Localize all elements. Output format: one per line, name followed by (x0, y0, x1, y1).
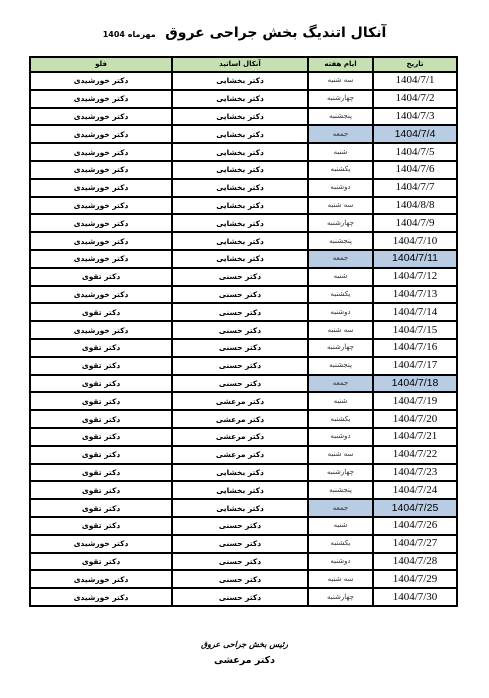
cell-attending: دکتر حسنی (172, 286, 308, 304)
cell-attending: دکتر حسنی (172, 517, 308, 535)
cell-day: جمعه (308, 375, 373, 393)
cell-attending: دکتر حسنی (172, 535, 308, 553)
cell-date: 1404/7/16 (373, 339, 457, 357)
cell-attending: دکتر مرعشی (172, 428, 308, 446)
cell-fellow: دکتر تقوی (30, 517, 172, 535)
cell-day: پنجشنبه (308, 357, 373, 375)
cell-date: 1404/7/5 (373, 143, 457, 161)
cell-date: 1404/7/10 (373, 232, 457, 250)
cell-date: 1404/7/9 (373, 214, 457, 232)
cell-attending: دکتر حسنی (172, 588, 308, 606)
cell-attending: دکتر حسنی (172, 339, 308, 357)
table-row: 1404/7/29سه شنبهدکتر حسنیدکتر خورشیدی (30, 570, 457, 588)
cell-attending: دکتر بخشایی (172, 197, 308, 215)
cell-date: 1404/7/20 (373, 410, 457, 428)
table-row: 1404/7/20یکشنبهدکتر مرعشیدکتر تقوی (30, 410, 457, 428)
cell-day: پنجشنبه (308, 481, 373, 499)
cell-date: 1404/7/28 (373, 553, 457, 571)
cell-date: 1404/7/24 (373, 481, 457, 499)
cell-day: چهارشنبه (308, 464, 373, 482)
table-header-row: تاریخ ایام هفته آنکال اساتید فلو (30, 57, 457, 72)
cell-fellow: دکتر خورشیدی (30, 214, 172, 232)
cell-fellow: دکتر خورشیدی (30, 125, 172, 143)
table-row: 1404/7/25جمعهدکتر بخشاییدکتر تقوی (30, 499, 457, 517)
cell-date: 1404/7/27 (373, 535, 457, 553)
cell-date: 1404/7/6 (373, 161, 457, 179)
table-row: 1404/7/13یکشنبهدکتر حسنیدکتر خورشیدی (30, 286, 457, 304)
cell-fellow: دکتر خورشیدی (30, 90, 172, 108)
cell-day: دوشنبه (308, 179, 373, 197)
cell-fellow: دکتر تقوی (30, 446, 172, 464)
cell-day: چهارشنبه (308, 214, 373, 232)
cell-fellow: دکتر خورشیدی (30, 535, 172, 553)
table-row: 1404/7/16چهارشنبهدکتر حسنیدکتر تقوی (30, 339, 457, 357)
cell-attending: دکتر مرعشی (172, 392, 308, 410)
cell-fellow: دکتر تقوی (30, 428, 172, 446)
cell-day: شنبه (308, 517, 373, 535)
title-main: آنکال اتندیگ بخش جراحی عروق (165, 25, 386, 41)
cell-attending: دکتر بخشایی (172, 214, 308, 232)
cell-fellow: دکتر خورشیدی (30, 72, 172, 90)
table-row: 1404/7/5شنبهدکتر بخشاییدکتر خورشیدی (30, 143, 457, 161)
cell-day: یکشنبه (308, 535, 373, 553)
cell-date: 1404/7/13 (373, 286, 457, 304)
cell-date: 1404/7/14 (373, 303, 457, 321)
cell-fellow: دکتر تقوی (30, 303, 172, 321)
cell-day: پنجشنبه (308, 232, 373, 250)
table-row: 1404/7/11جمعهدکتر بخشاییدکتر خورشیدی (30, 250, 457, 268)
cell-fellow: دکتر خورشیدی (30, 197, 172, 215)
cell-day: چهارشنبه (308, 339, 373, 357)
table-row: 1404/8/8سه شنبهدکتر بخشاییدکتر خورشیدی (30, 197, 457, 215)
cell-attending: دکتر حسنی (172, 553, 308, 571)
table-row: 1404/7/6یکشنبهدکتر بخشاییدکتر خورشیدی (30, 161, 457, 179)
title-month: مهرماه 1404 (103, 30, 156, 39)
header-day: ایام هفته (308, 57, 373, 72)
table-row: 1404/7/23چهارشنبهدکتر بخشاییدکتر تقوی (30, 464, 457, 482)
cell-attending: دکتر بخشایی (172, 90, 308, 108)
cell-attending: دکتر بخشایی (172, 179, 308, 197)
cell-date: 1404/7/3 (373, 108, 457, 126)
table-row: 1404/7/30چهارشنبهدکتر حسنیدکتر خورشیدی (30, 588, 457, 606)
cell-date: 1404/7/26 (373, 517, 457, 535)
table-row: 1404/7/17پنجشنبهدکتر حسنیدکتر تقوی (30, 357, 457, 375)
cell-date: 1404/7/12 (373, 268, 457, 286)
cell-date: 1404/7/25 (373, 499, 457, 517)
table-row: 1404/7/12شنبهدکتر حسنیدکتر تقوی (30, 268, 457, 286)
table-row: 1404/7/7دوشنبهدکتر بخشاییدکتر خورشیدی (30, 179, 457, 197)
cell-date: 1404/7/15 (373, 321, 457, 339)
cell-day: شنبه (308, 143, 373, 161)
cell-date: 1404/7/23 (373, 464, 457, 482)
cell-date: 1404/7/11 (373, 250, 457, 268)
table-row: 1404/7/26شنبهدکتر حسنیدکتر تقوی (30, 517, 457, 535)
cell-day: دوشنبه (308, 303, 373, 321)
cell-day: چهارشنبه (308, 588, 373, 606)
cell-date: 1404/7/17 (373, 357, 457, 375)
table-row: 1404/7/15سه شنبهدکتر حسنیدکتر خورشیدی (30, 321, 457, 339)
cell-attending: دکتر حسنی (172, 303, 308, 321)
cell-fellow: دکتر تقوی (30, 375, 172, 393)
table-row: 1404/7/24پنجشنبهدکتر بخشاییدکتر تقوی (30, 481, 457, 499)
cell-attending: دکتر حسنی (172, 570, 308, 588)
cell-date: 1404/7/18 (373, 375, 457, 393)
cell-fellow: دکتر تقوی (30, 464, 172, 482)
cell-fellow: دکتر خورشیدی (30, 570, 172, 588)
table-row: 1404/7/18جمعهدکتر حسنیدکتر تقوی (30, 375, 457, 393)
table-row: 1404/7/10پنجشنبهدکتر بخشاییدکتر خورشیدی (30, 232, 457, 250)
cell-day: سه شنبه (308, 570, 373, 588)
cell-fellow: دکتر خورشیدی (30, 250, 172, 268)
cell-day: شنبه (308, 268, 373, 286)
cell-fellow: دکتر تقوی (30, 339, 172, 357)
cell-attending: دکتر بخشایی (172, 108, 308, 126)
table-row: 1404/7/19شنبهدکتر مرعشیدکتر تقوی (30, 392, 457, 410)
cell-date: 1404/7/4 (373, 125, 457, 143)
cell-attending: دکتر بخشایی (172, 499, 308, 517)
cell-fellow: دکتر خورشیدی (30, 108, 172, 126)
cell-day: یکشنبه (308, 286, 373, 304)
header-fellow: فلو (30, 57, 172, 72)
cell-day: سه شنبه (308, 72, 373, 90)
cell-attending: دکتر حسنی (172, 268, 308, 286)
cell-date: 1404/7/7 (373, 179, 457, 197)
table-row: 1404/7/2چهارشنبهدکتر بخشاییدکتر خورشیدی (30, 90, 457, 108)
cell-date: 1404/7/1 (373, 72, 457, 90)
cell-fellow: دکتر تقوی (30, 499, 172, 517)
cell-day: چهارشنبه (308, 90, 373, 108)
signer-name: دکتر مرعشی (0, 655, 489, 666)
cell-fellow: دکتر خورشیدی (30, 161, 172, 179)
header-date: تاریخ (373, 57, 457, 72)
cell-attending: دکتر مرعشی (172, 410, 308, 428)
cell-fellow: دکتر تقوی (30, 553, 172, 571)
cell-day: جمعه (308, 125, 373, 143)
cell-day: دوشنبه (308, 553, 373, 571)
table-row: 1404/7/4جمعهدکتر بخشاییدکتر خورشیدی (30, 125, 457, 143)
cell-day: پنجشنبه (308, 108, 373, 126)
cell-day: جمعه (308, 499, 373, 517)
table-row: 1404/7/3پنجشنبهدکتر بخشاییدکتر خورشیدی (30, 108, 457, 126)
cell-day: دوشنبه (308, 428, 373, 446)
cell-attending: دکتر حسنی (172, 321, 308, 339)
table-row: 1404/7/28دوشنبهدکتر حسنیدکتر تقوی (30, 553, 457, 571)
cell-attending: دکتر حسنی (172, 357, 308, 375)
cell-fellow: دکتر خورشیدی (30, 232, 172, 250)
cell-fellow: دکتر تقوی (30, 357, 172, 375)
cell-day: یکشنبه (308, 161, 373, 179)
table-row: 1404/7/22سه شنبهدکتر مرعشیدکتر تقوی (30, 446, 457, 464)
cell-attending: دکتر بخشایی (172, 125, 308, 143)
signature-block: رئیس بخش جراحی عروق دکتر مرعشی (0, 640, 489, 666)
cell-date: 1404/7/21 (373, 428, 457, 446)
cell-date: 1404/8/8 (373, 197, 457, 215)
table-row: 1404/7/21دوشنبهدکتر مرعشیدکتر تقوی (30, 428, 457, 446)
schedule-table: تاریخ ایام هفته آنکال اساتید فلو 1404/7/… (29, 56, 458, 607)
header-attending: آنکال اساتید (172, 57, 308, 72)
cell-day: سه شنبه (308, 197, 373, 215)
cell-fellow: دکتر خورشیدی (30, 143, 172, 161)
cell-attending: دکتر بخشایی (172, 232, 308, 250)
cell-date: 1404/7/22 (373, 446, 457, 464)
cell-day: سه شنبه (308, 321, 373, 339)
page-title: آنکال اتندیگ بخش جراحی عروق مهرماه 1404 (0, 22, 489, 41)
schedule-body: 1404/7/1سه شنبهدکتر بخشاییدکتر خورشیدی14… (30, 72, 457, 606)
cell-fellow: دکتر تقوی (30, 410, 172, 428)
cell-date: 1404/7/19 (373, 392, 457, 410)
cell-attending: دکتر بخشایی (172, 72, 308, 90)
cell-date: 1404/7/30 (373, 588, 457, 606)
cell-fellow: دکتر خورشیدی (30, 286, 172, 304)
cell-day: جمعه (308, 250, 373, 268)
table-row: 1404/7/9چهارشنبهدکتر بخشاییدکتر خورشیدی (30, 214, 457, 232)
cell-day: سه شنبه (308, 446, 373, 464)
cell-fellow: دکتر تقوی (30, 392, 172, 410)
cell-attending: دکتر مرعشی (172, 446, 308, 464)
cell-fellow: دکتر خورشیدی (30, 179, 172, 197)
cell-attending: دکتر بخشایی (172, 481, 308, 499)
cell-day: شنبه (308, 392, 373, 410)
cell-fellow: دکتر تقوی (30, 481, 172, 499)
table-row: 1404/7/14دوشنبهدکتر حسنیدکتر تقوی (30, 303, 457, 321)
cell-fellow: دکتر خورشیدی (30, 321, 172, 339)
cell-attending: دکتر حسنی (172, 375, 308, 393)
table-row: 1404/7/27یکشنبهدکتر حسنیدکتر خورشیدی (30, 535, 457, 553)
cell-date: 1404/7/2 (373, 90, 457, 108)
table-row: 1404/7/1سه شنبهدکتر بخشاییدکتر خورشیدی (30, 72, 457, 90)
cell-attending: دکتر بخشایی (172, 250, 308, 268)
cell-day: یکشنبه (308, 410, 373, 428)
cell-fellow: دکتر خورشیدی (30, 588, 172, 606)
cell-fellow: دکتر تقوی (30, 268, 172, 286)
cell-attending: دکتر بخشایی (172, 161, 308, 179)
cell-attending: دکتر بخشایی (172, 464, 308, 482)
signer-role: رئیس بخش جراحی عروق (0, 640, 489, 649)
cell-attending: دکتر بخشایی (172, 143, 308, 161)
cell-date: 1404/7/29 (373, 570, 457, 588)
